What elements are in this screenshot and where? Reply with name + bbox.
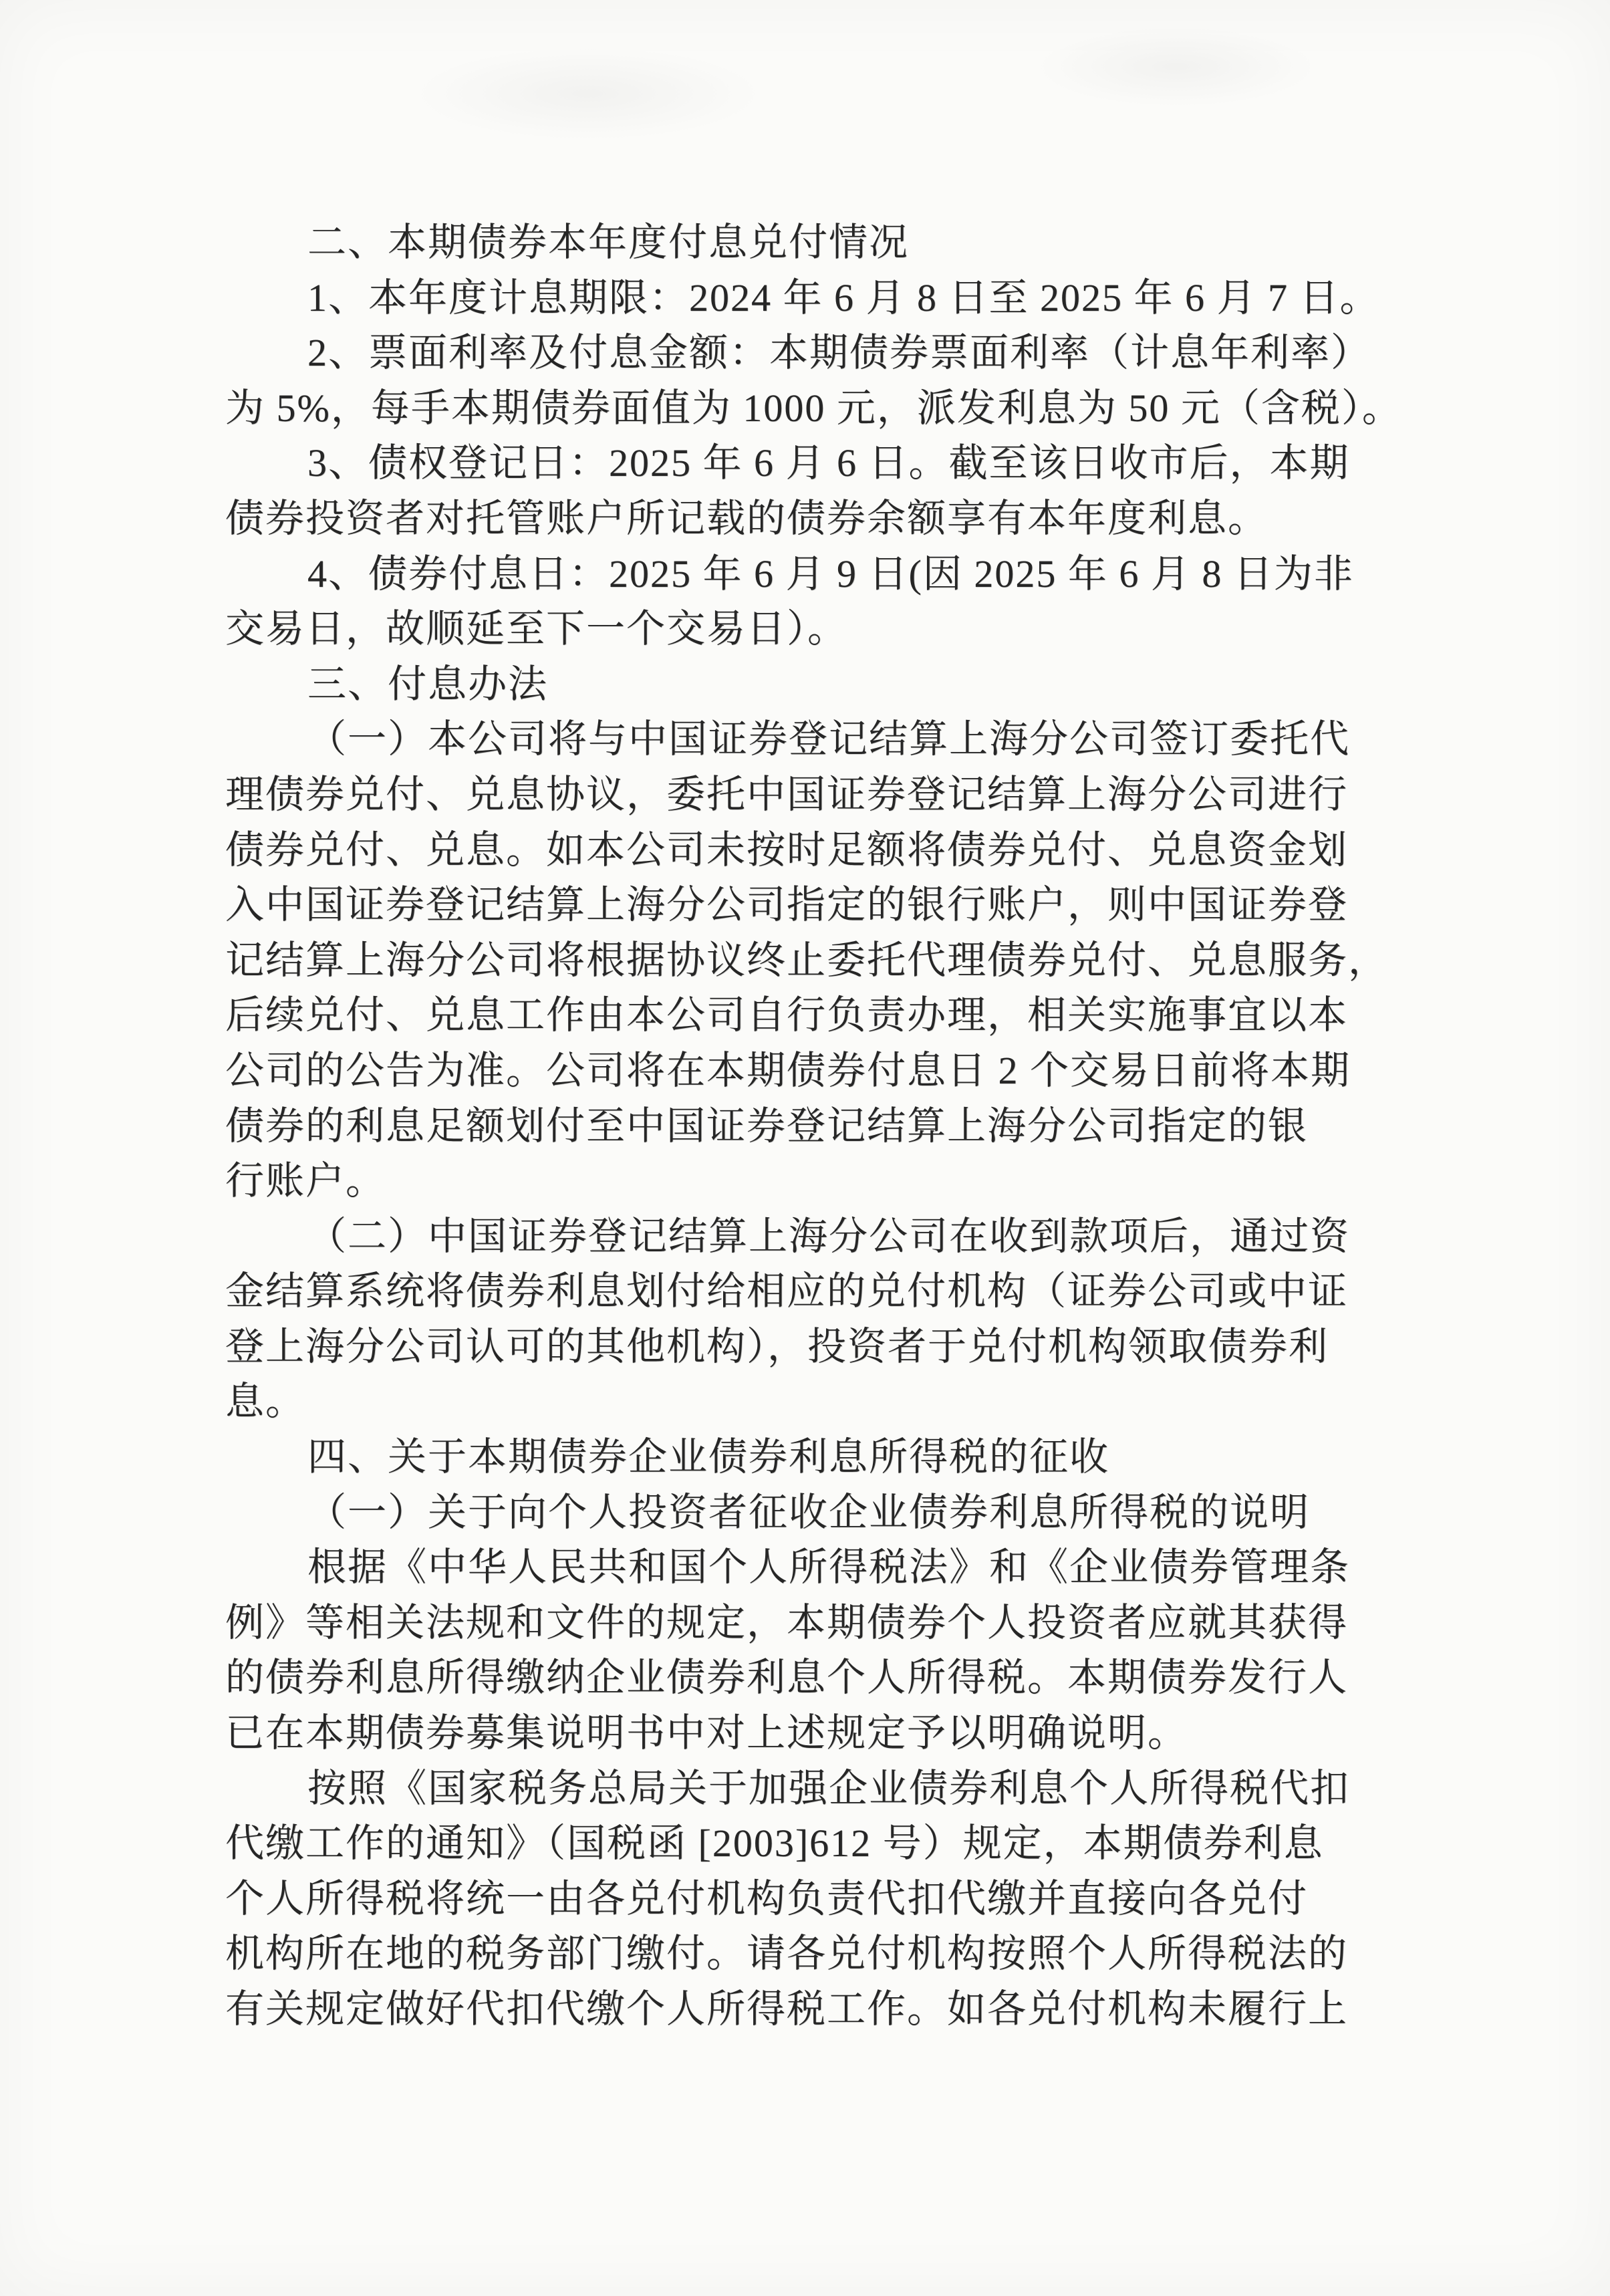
- paragraph-line: 债券兑付、兑息。如本公司未按时足额将债券兑付、兑息资金划: [225, 823, 1348, 878]
- paragraph-line: 后续兑付、兑息工作由本公司自行负责办理，相关实施事宜以本: [225, 988, 1348, 1043]
- heading-section-4: 四、关于本期债券企业债券利息所得税的征收: [225, 1430, 1348, 1485]
- paragraph-line: 例》等相关法规和文件的规定，本期债券个人投资者应就其获得: [225, 1596, 1348, 1651]
- paragraph-line: 3、债权登记日：2025 年 6 月 6 日。截至该日收市后，本期: [225, 436, 1348, 491]
- paragraph-line: （一）本公司将与中国证券登记结算上海分公司签订委托代: [225, 712, 1348, 767]
- paragraph-line: 公司的公告为准。公司将在本期债券付息日 2 个交易日前将本期: [225, 1043, 1348, 1099]
- paragraph-line: 为 5%，每手本期债券面值为 1000 元，派发利息为 50 元（含税）。: [225, 381, 1348, 436]
- scan-smudge: [414, 47, 762, 140]
- paragraph-line: 金结算系统将债券利息划付给相应的兑付机构（证券公司或中证: [225, 1264, 1348, 1319]
- paragraph-line: 的债券利息所得缴纳企业债券利息个人所得税。本期债券发行人: [225, 1650, 1348, 1706]
- paragraph-line: （二）中国证券登记结算上海分公司在收到款项后，通过资: [225, 1209, 1348, 1265]
- paragraph-line: （一）关于向个人投资者征收企业债券利息所得税的说明: [225, 1485, 1348, 1541]
- paragraph-line: 登上海分公司认可的其他机构），投资者于兑付机构领取债券利: [225, 1319, 1348, 1375]
- paragraph-line: 机构所在地的税务部门缴付。请各兑付机构按照个人所得税法的: [225, 1926, 1348, 1982]
- paragraph-line: 行账户。: [225, 1154, 1348, 1209]
- paragraph-line: 入中国证券登记结算上海分公司指定的银行账户，则中国证券登: [225, 878, 1348, 933]
- scan-smudge: [1036, 27, 1317, 107]
- paragraph-line: 债券的利息足额划付至中国证券登记结算上海分公司指定的银: [225, 1099, 1348, 1154]
- paragraph-line: 4、债券付息日：2025 年 6 月 9 日(因 2025 年 6 月 8 日为…: [225, 547, 1348, 602]
- heading-section-3: 三、付息办法: [225, 657, 1348, 713]
- paragraph-line: 交易日，故顺延至下一个交易日）。: [225, 602, 1348, 657]
- paragraph-line: 个人所得税将统一由各兑付机构负责代扣代缴并直接向各兑付: [225, 1872, 1348, 1927]
- heading-section-2: 二、本期债券本年度付息兑付情况: [225, 215, 1348, 271]
- paragraph-line: 记结算上海分公司将根据协议终止委托代理债券兑付、兑息服务，: [225, 933, 1348, 989]
- paragraph-line: 按照《国家税务总局关于加强企业债券利息个人所得税代扣: [225, 1761, 1348, 1817]
- paragraph-line: 已在本期债券募集说明书中对上述规定予以明确说明。: [225, 1706, 1348, 1761]
- paragraph-line: 代缴工作的通知》（国税函 [2003]612 号）规定，本期债券利息: [225, 1816, 1348, 1872]
- paragraph-line: 息。: [225, 1374, 1348, 1430]
- paragraph-line: 1、本年度计息期限：2024 年 6 月 8 日至 2025 年 6 月 7 日…: [225, 271, 1348, 326]
- scanned-document-page: 二、本期债券本年度付息兑付情况 1、本年度计息期限：2024 年 6 月 8 日…: [0, 0, 1610, 2296]
- paragraph-line: 2、票面利率及付息金额：本期债券票面利率（计息年利率）: [225, 326, 1348, 381]
- paragraph-line: 有关规定做好代扣代缴个人所得税工作。如各兑付机构未履行上: [225, 1982, 1348, 2037]
- paragraph-line: 理债券兑付、兑息协议，委托中国证券登记结算上海分公司进行: [225, 767, 1348, 823]
- document-text-block: 二、本期债券本年度付息兑付情况 1、本年度计息期限：2024 年 6 月 8 日…: [225, 215, 1348, 2037]
- paragraph-line: 债券投资者对托管账户所记载的债券余额享有本年度利息。: [225, 491, 1348, 547]
- paragraph-line: 根据《中华人民共和国个人所得税法》和《企业债券管理条: [225, 1540, 1348, 1596]
